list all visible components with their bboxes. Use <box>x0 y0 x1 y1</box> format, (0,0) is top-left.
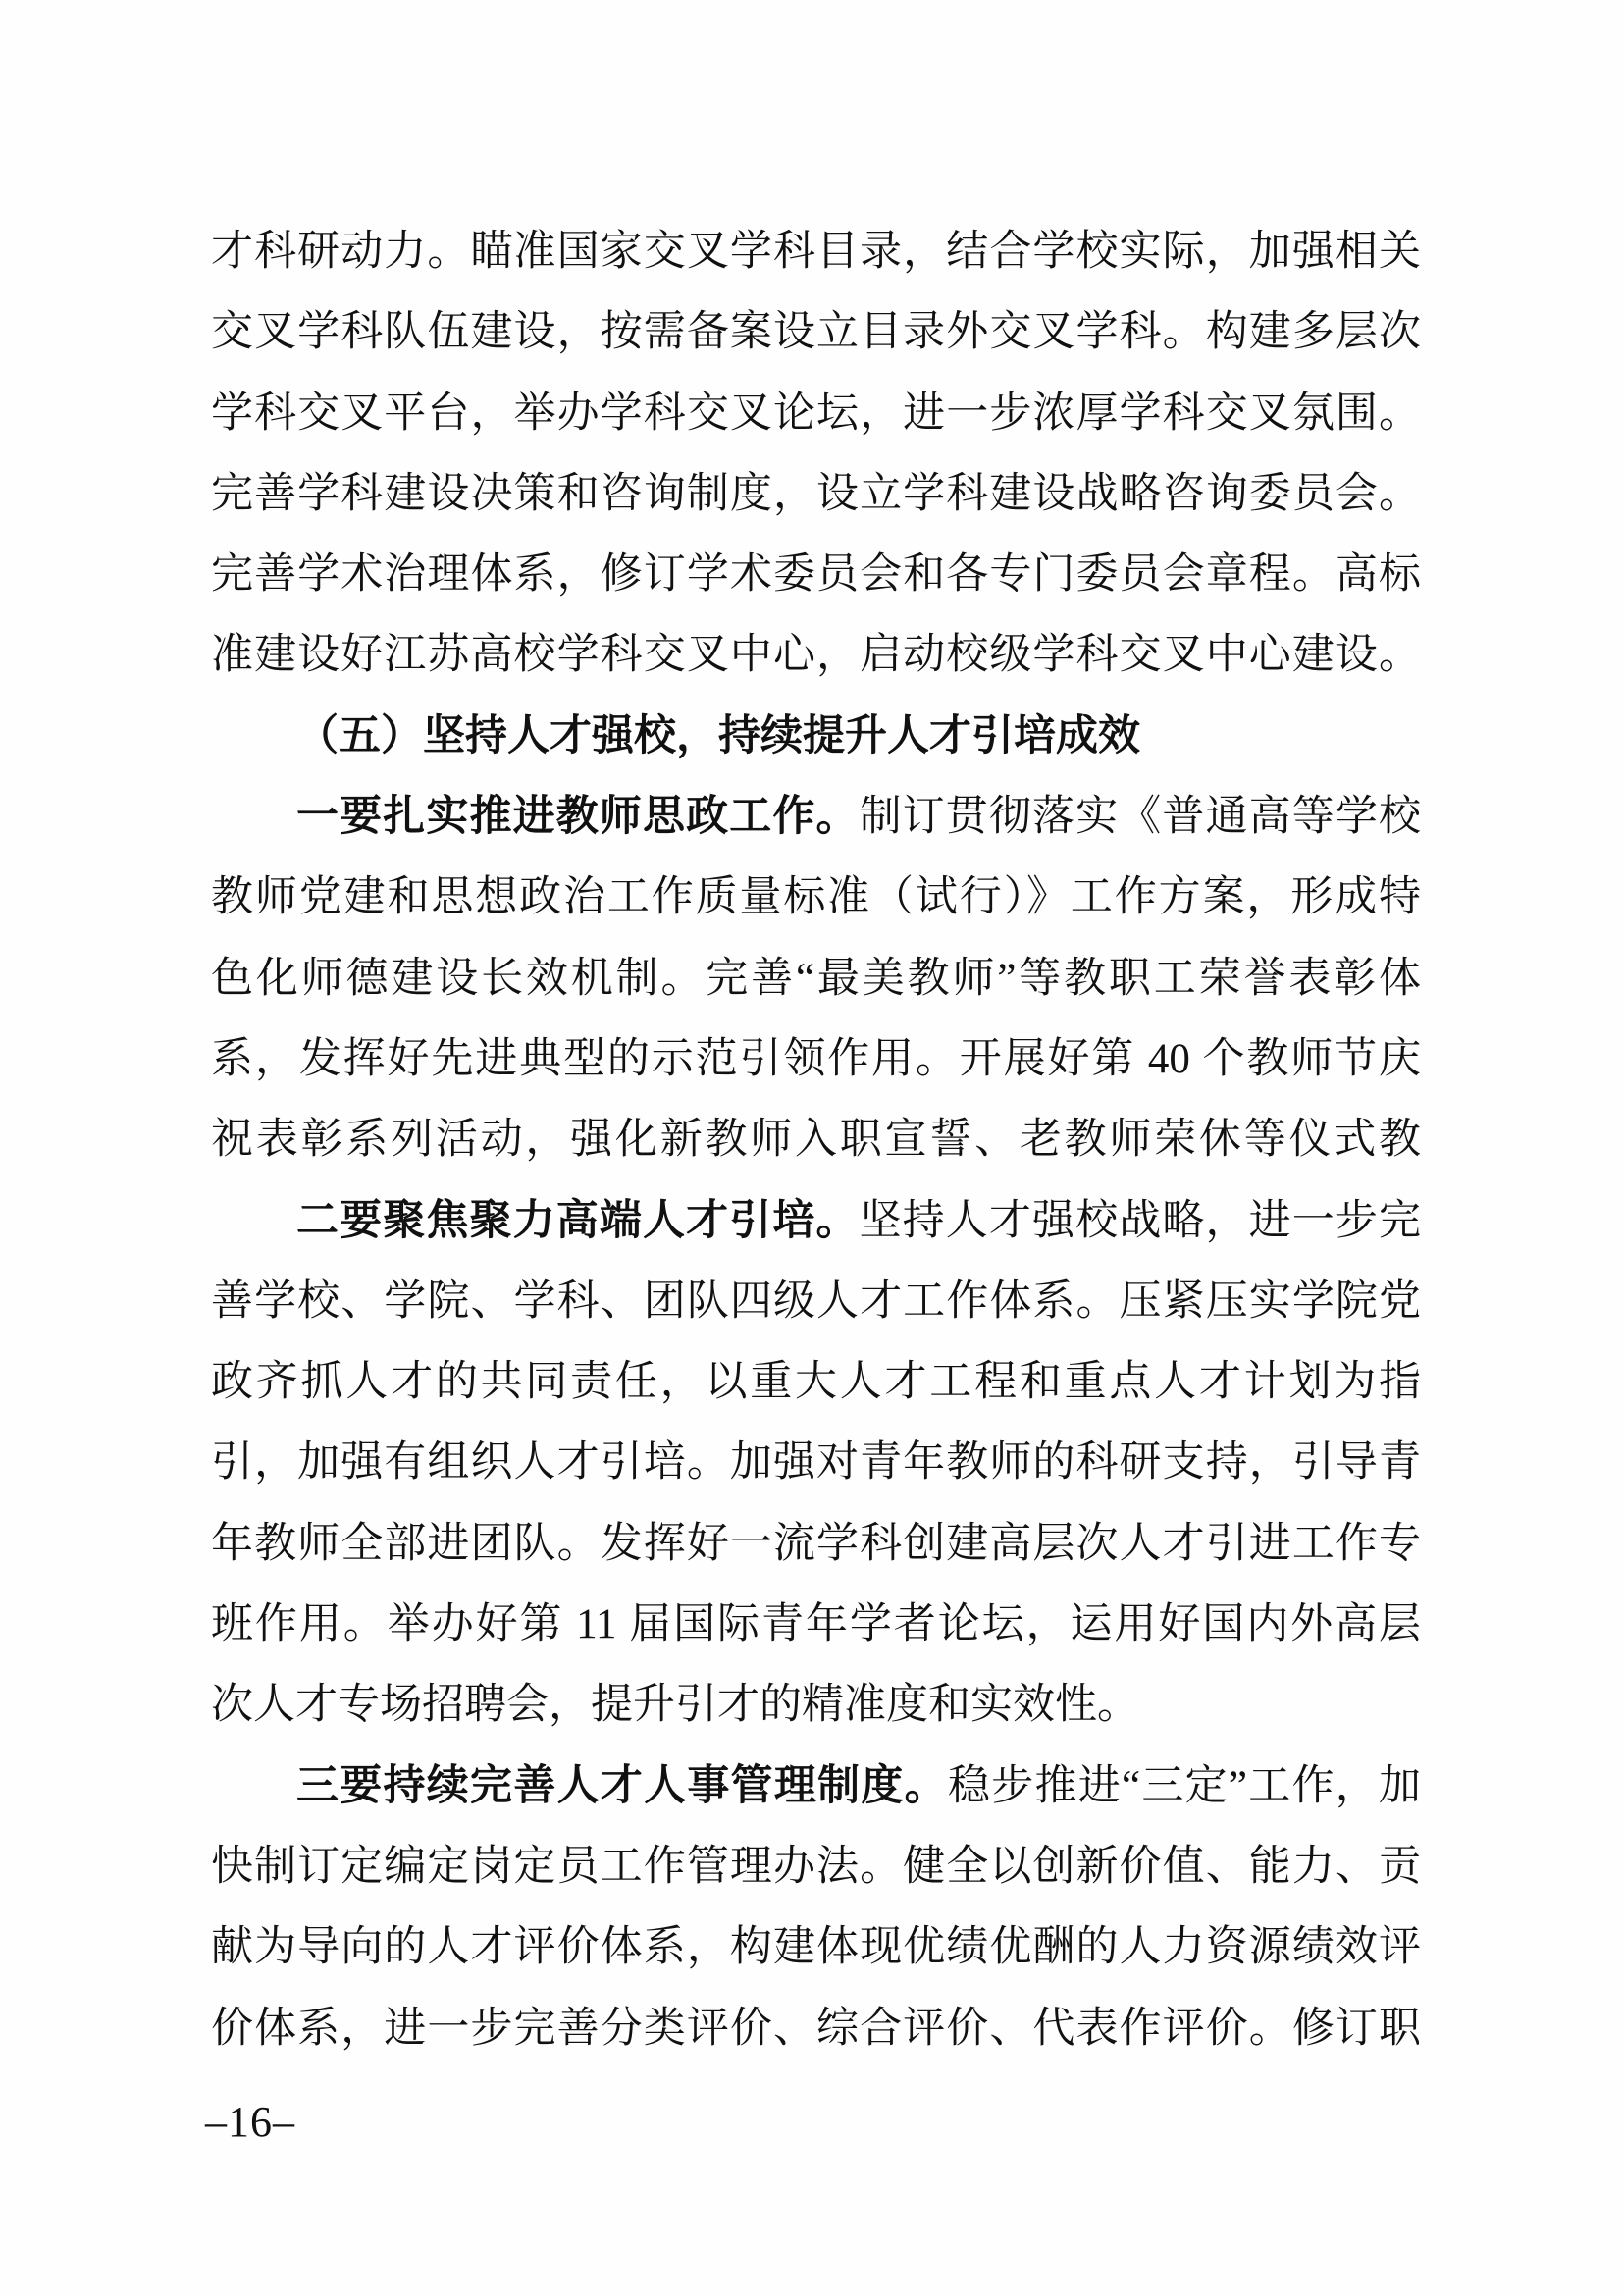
bold-text-segment: （五）坚持人才强校，持续提升人才引培成效 <box>296 713 1140 759</box>
text-line: 献为导向的人才评价体系，构建体现优绩优酬的人力资源绩效评 <box>211 1907 1421 1988</box>
section-heading-line: （五）坚持人才强校，持续提升人才引培成效 <box>211 697 1421 777</box>
text-line: 完善学科建设决策和咨询制度，设立学科建设战略咨询委员会。 <box>211 454 1421 535</box>
text-segment: 色化师德建设长效机制。完善“最美教师”等教职工荣誉表彰体 <box>211 956 1421 1002</box>
text-segment: 坚持人才强校战略，进一步完 <box>860 1198 1421 1244</box>
text-line: 班作用。举办好第 11 届国际青年学者论坛，运用好国内外高层 <box>211 1585 1421 1665</box>
text-line: 快制订定编定岗定员工作管理办法。健全以创新价值、能力、贡 <box>211 1827 1421 1907</box>
text-segment: 快制订定编定岗定员工作管理办法。健全以创新价值、能力、贡 <box>211 1844 1421 1890</box>
text-line: 准建设好江苏高校学科交叉中心，启动校级学科交叉中心建设。 <box>211 615 1421 696</box>
text-segment: 教师党建和思想政治工作质量标准（试行）》工作方案，形成特 <box>211 874 1421 920</box>
text-line: 次人才专场招聘会，提升引才的精准度和实效性。 <box>211 1665 1421 1746</box>
bold-text-segment: 三要持续完善人才人事管理制度。 <box>296 1763 948 1809</box>
text-line: 年教师全部进团队。发挥好一流学科创建高层次人才引进工作专 <box>211 1504 1421 1585</box>
text-line: 祝表彰系列活动，强化新教师入职宣誓、老教师荣休等仪式教育。 <box>211 1100 1421 1180</box>
text-segment: 制订贯彻落实《普通高等学校 <box>860 794 1421 840</box>
text-segment: 完善学科建设决策和咨询制度，设立学科建设战略咨询委员会。 <box>211 471 1421 517</box>
text-line: 教师党建和思想政治工作质量标准（试行）》工作方案，形成特 <box>211 858 1421 938</box>
document-lines: 才科研动力。瞄准国家交叉学科目录，结合学校实际，加强相关交叉学科队伍建设，按需备… <box>211 212 1421 2069</box>
text-segment: 系，发挥好先进典型的示范引领作用。开展好第 40 个教师节庆 <box>211 1036 1421 1082</box>
text-segment: 交叉学科队伍建设，按需备案设立目录外交叉学科。构建多层次 <box>211 309 1421 355</box>
text-line: 完善学术治理体系，修订学术委员会和各专门委员会章程。高标 <box>211 535 1421 615</box>
text-line: 学科交叉平台，举办学科交叉论坛，进一步浓厚学科交叉氛围。 <box>211 374 1421 454</box>
text-line: 系，发挥好先进典型的示范引领作用。开展好第 40 个教师节庆 <box>211 1019 1421 1100</box>
text-line: 二要聚焦聚力高端人才引培。坚持人才强校战略，进一步完 <box>211 1181 1421 1262</box>
text-segment: 年教师全部进团队。发挥好一流学科创建高层次人才引进工作专 <box>211 1521 1421 1567</box>
text-segment: 准建设好江苏高校学科交叉中心，启动校级学科交叉中心建设。 <box>211 632 1421 678</box>
text-segment: 班作用。举办好第 11 届国际青年学者论坛，运用好国内外高层 <box>211 1601 1421 1647</box>
document-page: 才科研动力。瞄准国家交叉学科目录，结合学校实际，加强相关交叉学科队伍建设，按需备… <box>0 0 1624 2296</box>
bold-text-segment: 一要扎实推进教师思政工作。 <box>296 794 860 840</box>
text-line: 三要持续完善人才人事管理制度。稳步推进“三定”工作，加 <box>211 1747 1421 1827</box>
text-segment: 完善学术治理体系，修订学术委员会和各专门委员会章程。高标 <box>211 551 1421 598</box>
text-segment: 次人才专场招聘会，提升引才的精准度和实效性。 <box>211 1682 1139 1728</box>
text-line: 善学校、学院、学科、团队四级人才工作体系。压紧压实学院党 <box>211 1262 1421 1342</box>
text-line: 一要扎实推进教师思政工作。制订贯彻落实《普通高等学校 <box>211 777 1421 858</box>
text-segment: 政齐抓人才的共同责任，以重大人才工程和重点人才计划为指 <box>211 1359 1421 1405</box>
text-segment: 稳步推进“三定”工作，加 <box>948 1763 1421 1809</box>
text-line: 政齐抓人才的共同责任，以重大人才工程和重点人才计划为指 <box>211 1342 1421 1423</box>
text-line: 引，加强有组织人才引培。加强对青年教师的科研支持，引导青 <box>211 1423 1421 1503</box>
text-segment: 才科研动力。瞄准国家交叉学科目录，结合学校实际，加强相关 <box>211 229 1421 275</box>
text-line: 价体系，进一步完善分类评价、综合评价、代表作评价。修订职 <box>211 1989 1421 2069</box>
text-segment: 献为导向的人才评价体系，构建体现优绩优酬的人力资源绩效评 <box>211 1924 1421 1970</box>
text-line: 色化师德建设长效机制。完善“最美教师”等教职工荣誉表彰体 <box>211 939 1421 1019</box>
text-segment: 引，加强有组织人才引培。加强对青年教师的科研支持，引导青 <box>211 1439 1421 1486</box>
bold-text-segment: 二要聚焦聚力高端人才引培。 <box>296 1198 860 1244</box>
text-segment: 善学校、学院、学科、团队四级人才工作体系。压紧压实学院党 <box>211 1278 1421 1325</box>
text-line: 才科研动力。瞄准国家交叉学科目录，结合学校实际，加强相关 <box>211 212 1421 292</box>
text-segment: 价体系，进一步完善分类评价、综合评价、代表作评价。修订职 <box>211 2006 1421 2052</box>
page-number: –16– <box>205 2098 295 2147</box>
text-line: 交叉学科队伍建设，按需备案设立目录外交叉学科。构建多层次 <box>211 292 1421 373</box>
text-segment: 祝表彰系列活动，强化新教师入职宣誓、老教师荣休等仪式教育。 <box>211 1117 1421 1180</box>
text-segment: 学科交叉平台，举办学科交叉论坛，进一步浓厚学科交叉氛围。 <box>211 391 1421 437</box>
